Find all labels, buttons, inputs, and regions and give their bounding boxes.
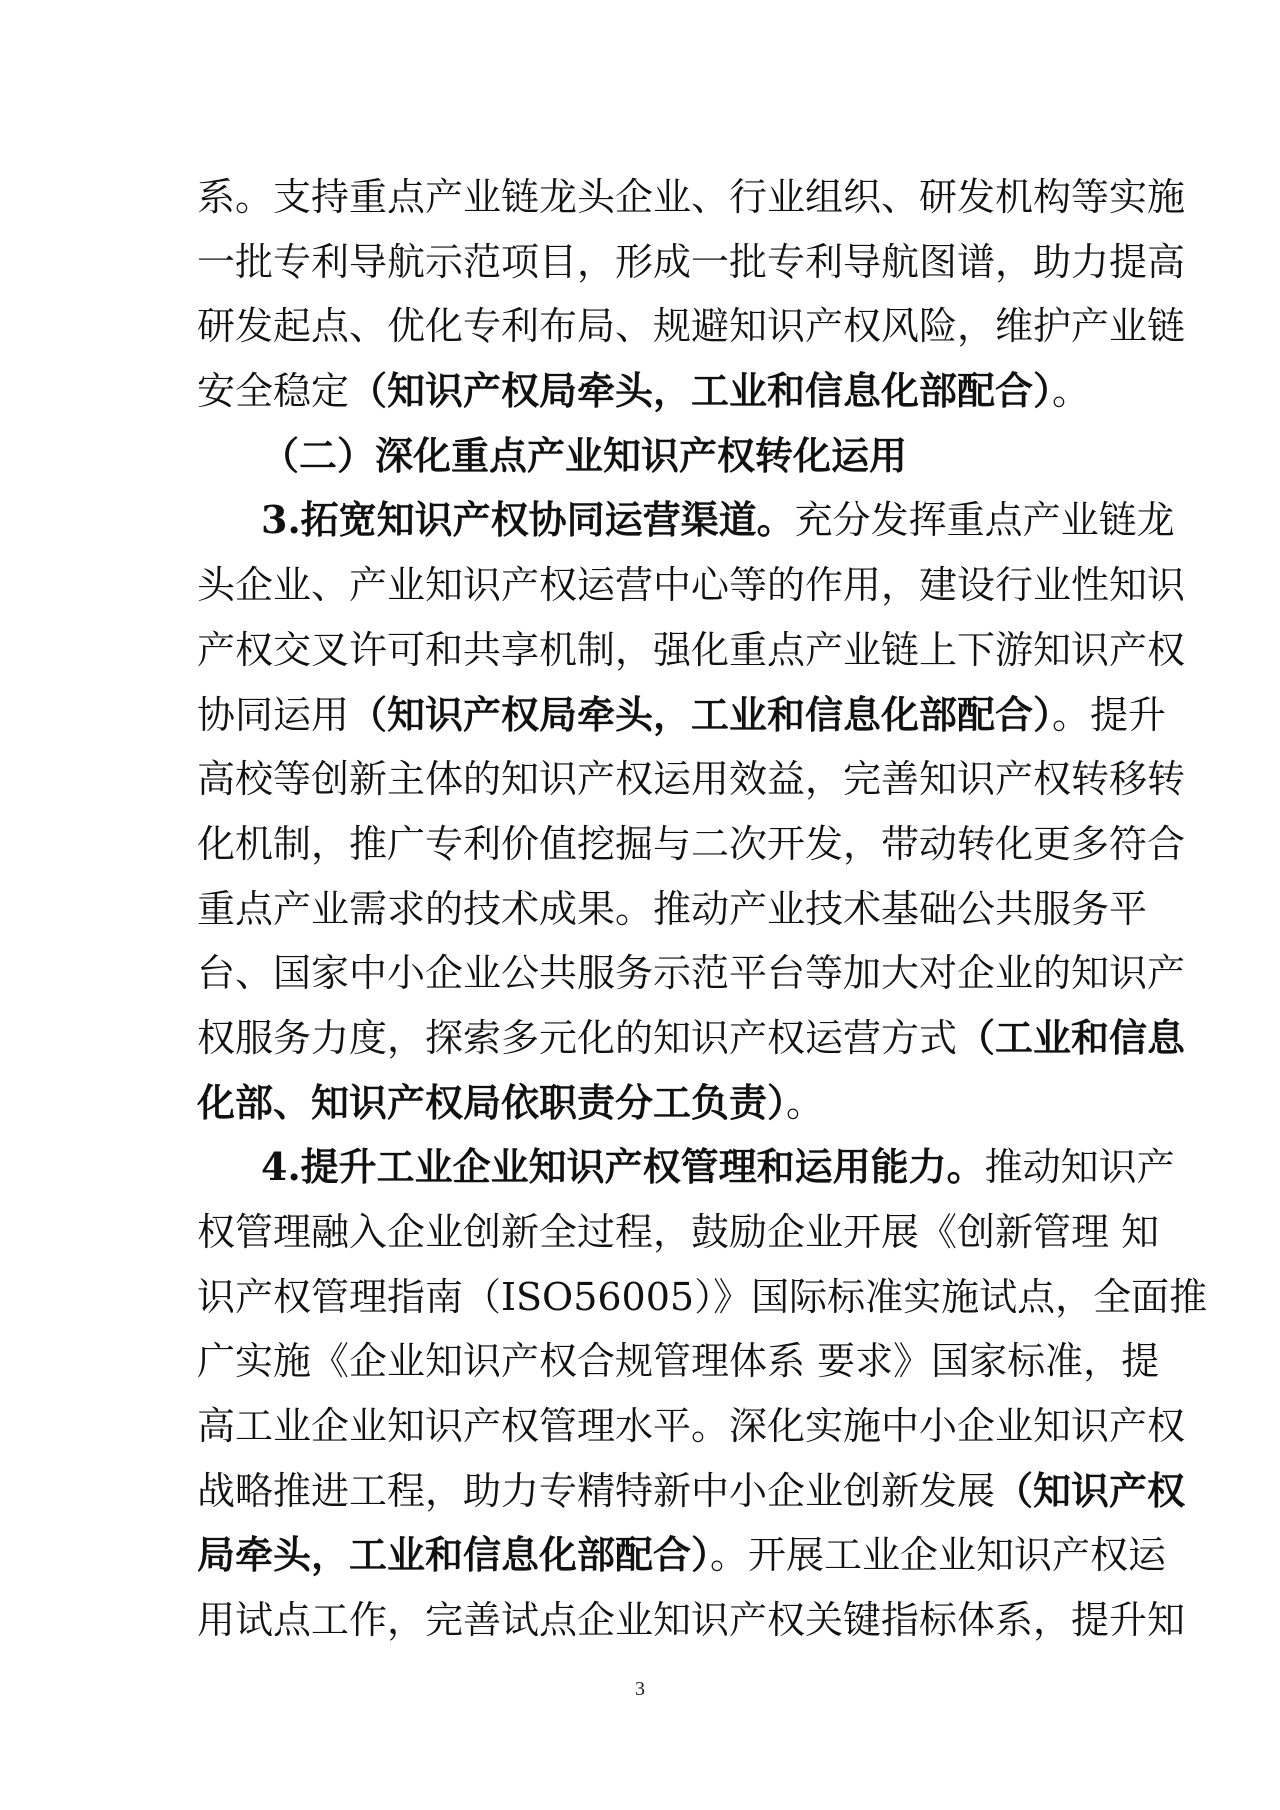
text-span: 。开展工业企业知识产权运	[710, 1533, 1166, 1577]
section-heading: （二）深化重点产业知识产权转化运用	[197, 424, 1092, 489]
text-line: 产权交叉许可和共享机制，强化重点产业链上下游知识产权	[197, 618, 1092, 683]
text-span: 安全稳定	[197, 369, 349, 413]
text-span: 化机制，推广专利价值挖掘与二次开发，带动转化更多符合	[197, 822, 1185, 866]
lead-agency-note: （知识产权局牵头，工业和信息化部配合）	[349, 693, 1052, 737]
text-span: 识产权管理指南（ISO56005）》国际标准实施试点，全面推	[197, 1275, 1207, 1319]
text-span: 。	[1052, 369, 1090, 413]
text-span: 一批专利导航示范项目，形成一批专利导航图谱，助力提高	[197, 240, 1185, 284]
text-span: 系。支持重点产业链龙头企业、行业组织、研发机构等实施	[197, 175, 1185, 219]
text-line: 系。支持重点产业链龙头企业、行业组织、研发机构等实施	[197, 165, 1092, 230]
text-span: 研发起点、优化专利布局、规避知识产权风险，维护产业链	[197, 304, 1185, 348]
text-span: 台、国家中小企业公共服务示范平台等加大对企业的知识产	[197, 951, 1185, 995]
text-line: 高校等创新主体的知识产权运用效益，完善知识产权转移转	[197, 747, 1092, 812]
item-title: 3.拓宽知识产权协同运营渠道。	[261, 497, 795, 542]
text-span: 战略推进工程，助力专精特新中小企业创新发展	[197, 1469, 995, 1513]
text-line: 用试点工作，完善试点企业知识产权关键指标体系，提升知	[197, 1588, 1092, 1653]
text-line: 一批专利导航示范项目，形成一批专利导航图谱，助力提高	[197, 230, 1092, 295]
text-line: 头企业、产业知识产权运营中心等的作用，建设行业性知识	[197, 553, 1092, 618]
text-span: 头企业、产业知识产权运营中心等的作用，建设行业性知识	[197, 563, 1185, 607]
text-line: 权管理融入企业创新全过程，鼓励企业开展《创新管理 知	[197, 1200, 1092, 1265]
document-page: 系。支持重点产业链龙头企业、行业组织、研发机构等实施 一批专利导航示范项目，形成…	[0, 0, 1280, 1810]
text-line: 权服务力度，探索多元化的知识产权运营方式（工业和信息	[197, 1006, 1092, 1071]
text-line: 台、国家中小企业公共服务示范平台等加大对企业的知识产	[197, 941, 1092, 1006]
item-3-first-line: 3.拓宽知识产权协同运营渠道。充分发挥重点产业链龙	[197, 488, 1092, 553]
text-line: 化部、知识产权局依职责分工负责）。	[197, 1071, 1092, 1136]
text-span: 充分发挥重点产业链龙	[795, 498, 1175, 542]
text-span: 重点产业需求的技术成果。推动产业技术基础公共服务平	[197, 887, 1147, 931]
text-span: 高工业企业知识产权管理水平。深化实施中小企业知识产权	[197, 1404, 1185, 1448]
text-span: 推动知识产	[985, 1145, 1175, 1189]
text-span: 协同运用	[197, 693, 349, 737]
item-title: 4.提升工业企业知识产权管理和运用能力。	[261, 1144, 985, 1189]
text-span: 高校等创新主体的知识产权运用效益，完善知识产权转移转	[197, 757, 1185, 801]
lead-agency-note: （知识产权	[995, 1469, 1185, 1513]
text-span: 。	[786, 1081, 824, 1125]
text-line: 协同运用（知识产权局牵头，工业和信息化部配合）。提升	[197, 683, 1092, 748]
lead-agency-note: （知识产权局牵头，工业和信息化部配合）	[349, 369, 1052, 413]
text-line: 高工业企业知识产权管理水平。深化实施中小企业知识产权	[197, 1394, 1092, 1459]
item-4-first-line: 4.提升工业企业知识产权管理和运用能力。推动知识产	[197, 1135, 1092, 1200]
text-span: 广实施《企业知识产权合规管理体系 要求》国家标准，提	[197, 1339, 1159, 1383]
text-line: 安全稳定（知识产权局牵头，工业和信息化部配合）。	[197, 359, 1092, 424]
text-span: 。提升	[1052, 693, 1166, 737]
text-line: 化机制，推广专利价值挖掘与二次开发，带动转化更多符合	[197, 812, 1092, 877]
lead-agency-note: 化部、知识产权局依职责分工负责）	[197, 1081, 786, 1125]
text-span: 权管理融入企业创新全过程，鼓励企业开展《创新管理 知	[197, 1210, 1159, 1254]
text-line: 重点产业需求的技术成果。推动产业技术基础公共服务平	[197, 877, 1092, 942]
heading-text: （二）深化重点产业知识产权转化运用	[261, 433, 907, 478]
text-line: 战略推进工程，助力专精特新中小企业创新发展（知识产权	[197, 1459, 1092, 1524]
lead-agency-note: 局牵头，工业和信息化部配合）	[197, 1533, 710, 1577]
lead-agency-note: （工业和信息	[957, 1016, 1185, 1060]
text-line: 广实施《企业知识产权合规管理体系 要求》国家标准，提	[197, 1329, 1092, 1394]
text-line: 研发起点、优化专利布局、规避知识产权风险，维护产业链	[197, 294, 1092, 359]
text-span: 用试点工作，完善试点企业知识产权关键指标体系，提升知	[197, 1598, 1185, 1642]
body-text: 系。支持重点产业链龙头企业、行业组织、研发机构等实施 一批专利导航示范项目，形成…	[197, 165, 1092, 1653]
text-span: 权服务力度，探索多元化的知识产权运营方式	[197, 1016, 957, 1060]
text-line: 局牵头，工业和信息化部配合）。开展工业企业知识产权运	[197, 1523, 1092, 1588]
text-span: 产权交叉许可和共享机制，强化重点产业链上下游知识产权	[197, 628, 1185, 672]
page-number: 3	[0, 1678, 1280, 1701]
text-line: 识产权管理指南（ISO56005）》国际标准实施试点，全面推	[197, 1265, 1092, 1330]
